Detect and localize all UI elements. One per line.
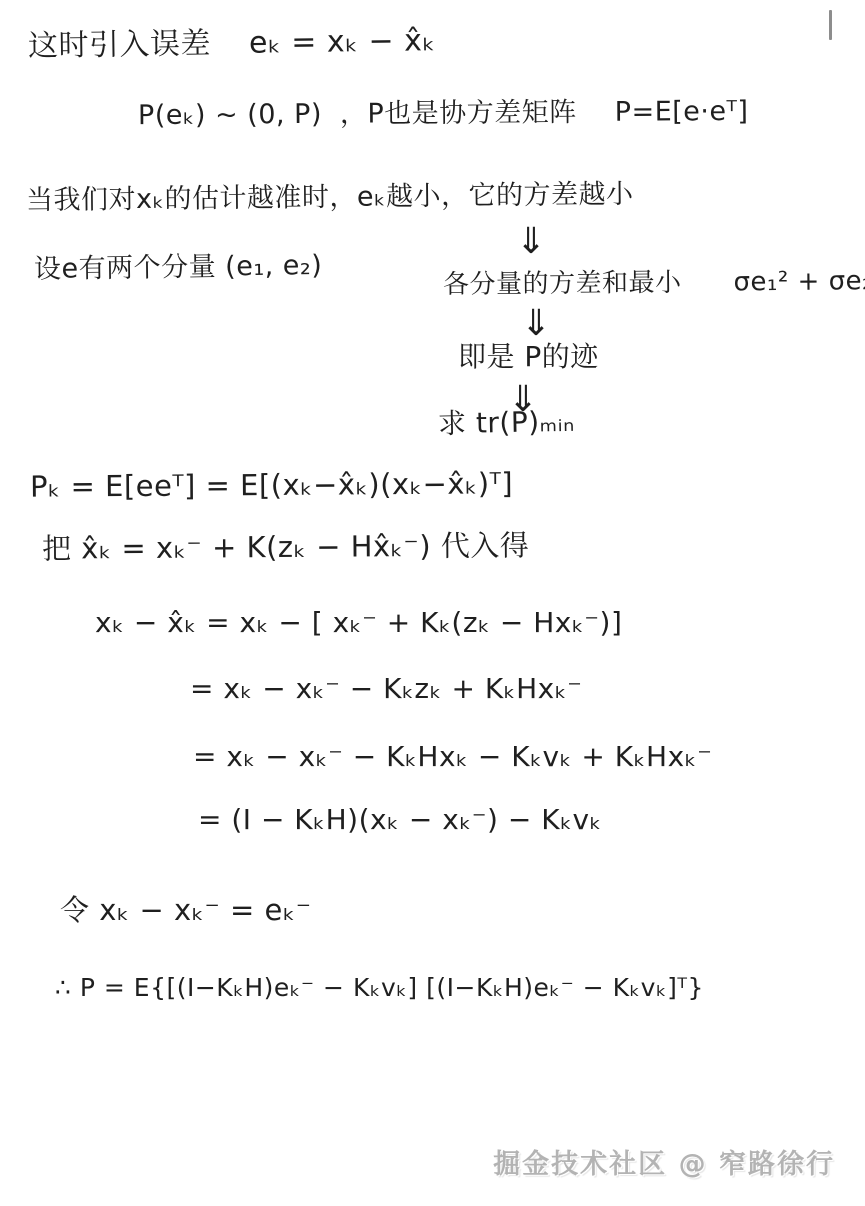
variance-sum-formula: σe₁² + σe₂² (733, 266, 865, 297)
note-line-variance-sum: 各分量的方差和最小σe₁² + σe₂² (443, 266, 865, 301)
equation-let-definition: 令 xₖ − xₖ⁻ = eₖ⁻ (60, 893, 312, 928)
variance-sum-text: 各分量的方差和最小 (443, 268, 682, 300)
note-line-trace: 即是 P的迹 (458, 340, 599, 374)
handwritten-notes-page: 这时引入误差eₖ = xₖ − x̂ₖ P(eₖ) ~ (0, P)，P也是协方… (0, 0, 865, 1206)
watermark-text: 掘金技术社区 @ 窄路徐行 (493, 1142, 835, 1181)
note-line-estimate: 当我们对xₖ的估计越准时，eₖ越小，它的方差越小 (26, 179, 634, 218)
note-line-minimize: 求 tr(P)ₘᵢₙ (438, 405, 575, 441)
note-line-components: 设e有两个分量 (e₁, e₂) (34, 250, 323, 286)
equation-substitute: 把 x̂ₖ = xₖ⁻ + K(zₖ − Hx̂ₖ⁻) 代入得 (42, 528, 530, 566)
equation-step-1: xₖ − x̂ₖ = xₖ − [ xₖ⁻ + Kₖ(zₖ − Hxₖ⁻)] (95, 606, 622, 640)
distribution-formula: P(eₖ) ~ (0, P) (138, 99, 322, 131)
down-arrow-icon: ⇓ (516, 220, 547, 263)
note-line-distribution: P(eₖ) ~ (0, P)，P也是协方差矩阵P=E[e·eᵀ] (138, 96, 749, 133)
covariance-formula: P=E[e·eᵀ] (615, 96, 749, 128)
equation-step-4: = (I − KₖH)(xₖ − xₖ⁻) − Kₖvₖ (198, 803, 602, 837)
pen-stroke-mark (829, 10, 832, 40)
distribution-comment: ，P也是协方差矩阵 (340, 97, 577, 130)
equation-step-3: = xₖ − xₖ⁻ − KₖHxₖ − Kₖvₖ + KₖHxₖ⁻ (193, 740, 712, 774)
equation-pk-definition: Pₖ = E[eeᵀ] = E[(xₖ−x̂ₖ)(xₖ−x̂ₖ)ᵀ] (30, 466, 513, 504)
equation-step-2: = xₖ − xₖ⁻ − Kₖzₖ + KₖHxₖ⁻ (190, 672, 582, 706)
equation-conclusion: ∴ P = E{[(I−KₖH)eₖ⁻ − Kₖvₖ] [(I−KₖH)eₖ⁻ … (55, 973, 704, 1003)
intro-label: 这时引入误差 (28, 26, 211, 64)
intro-formula: eₖ = xₖ − x̂ₖ (249, 23, 436, 61)
note-line-intro: 这时引入误差eₖ = xₖ − x̂ₖ (28, 23, 436, 65)
down-arrow-icon: ⇓ (521, 302, 552, 345)
